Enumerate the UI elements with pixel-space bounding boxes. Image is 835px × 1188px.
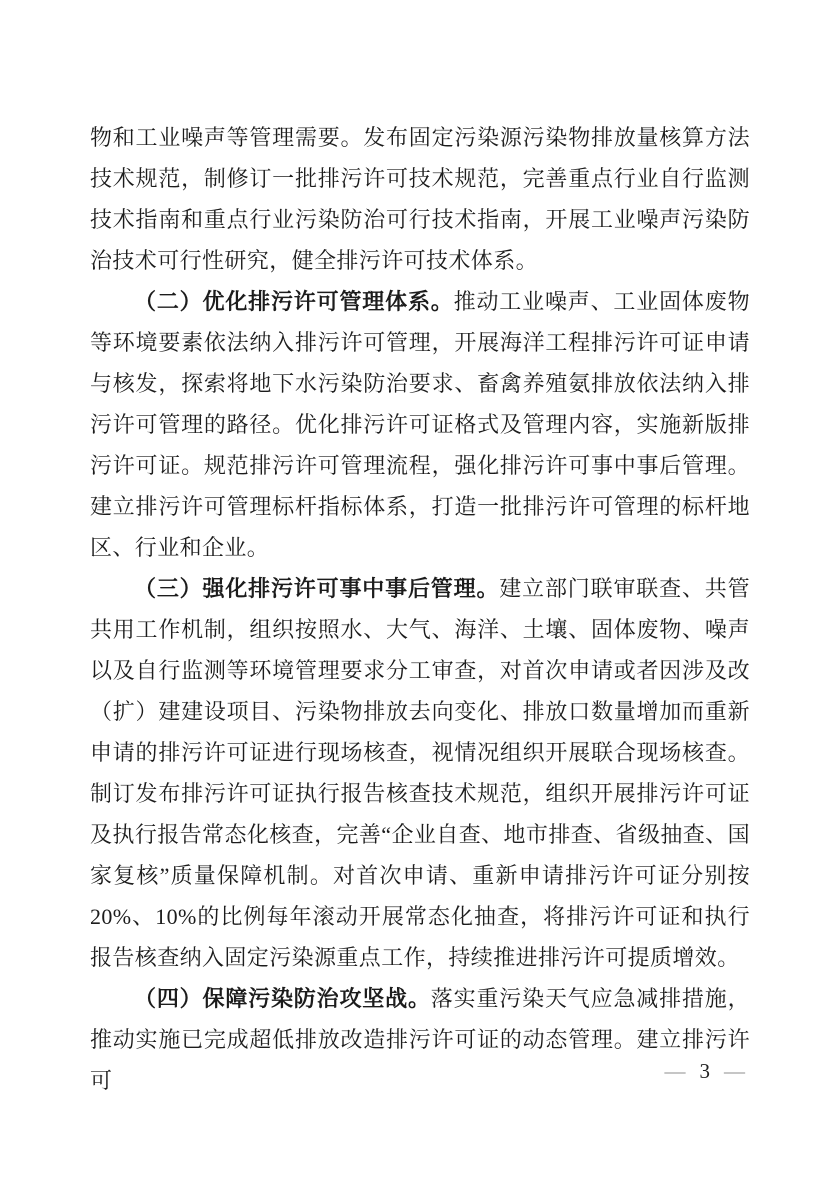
page-number-dash-left: — [665,1059,686,1083]
paragraph-section-2-heading: （二）优化排污许可管理体系。 [134,289,454,314]
paragraph-section-2-text: 推动工业噪声、工业固体废物等环境要素依法纳入排污许可管理，开展海洋工程排污许可证… [90,289,750,560]
document-page: 物和工业噪声等管理需要。发布固定污染源污染物排放量核算方法技术规范，制修订一批排… [0,0,835,1188]
paragraph-section-3-heading: （三）强化排污许可事中事后管理。 [134,576,499,601]
page-number-dash-right: — [724,1059,745,1083]
page-number-value: 3 [700,1059,711,1083]
paragraph-section-2: （二）优化排污许可管理体系。推动工业噪声、工业固体废物等环境要素依法纳入排污许可… [90,281,750,568]
document-body: 物和工业噪声等管理需要。发布固定污染源污染物排放量核算方法技术规范，制修订一批排… [90,117,750,1101]
paragraph-continuation-text: 物和工业噪声等管理需要。发布固定污染源污染物排放量核算方法技术规范，制修订一批排… [90,125,750,273]
page-number: —3— [0,1058,745,1084]
paragraph-continuation: 物和工业噪声等管理需要。发布固定污染源污染物排放量核算方法技术规范，制修订一批排… [90,117,750,281]
paragraph-section-4-heading: （四）保障污染防治攻坚战。 [134,986,431,1011]
paragraph-section-3: （三）强化排污许可事中事后管理。建立部门联审联查、共管共用工作机制，组织按照水、… [90,568,750,978]
paragraph-section-3-text: 建立部门联审联查、共管共用工作机制，组织按照水、大气、海洋、土壤、固体废物、噪声… [90,576,750,970]
